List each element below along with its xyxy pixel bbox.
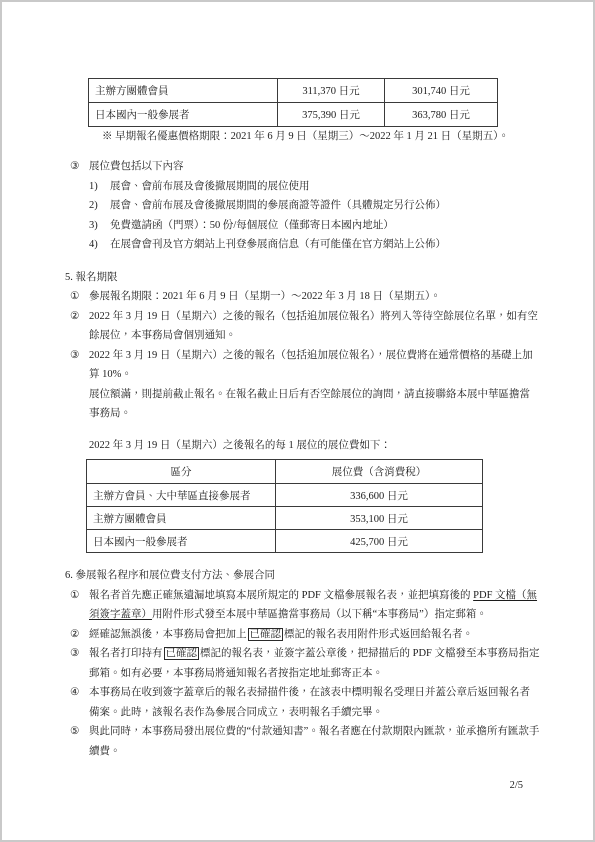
late-fee-table-intro: 2022 年 3 月 19 日（星期六）之後報名的每 1 展位的展位費如下： xyxy=(89,436,540,456)
booth-full-note: 展位額滿，則提前截止報名。在報名截止日后有否空餘展位的詢問，請直接聯絡本展中華區… xyxy=(89,385,540,424)
fee-category-cell: 主辦方團體會員 xyxy=(89,79,278,103)
section-item: ① 參展報名期限：2021 年 6 月 9 日（星期一）～2022 年 3 月 … xyxy=(70,287,540,307)
table-row: 主辦方會員、大中華區直接參展者 336,600 日元 xyxy=(87,484,483,507)
item-marker: ② xyxy=(70,307,89,346)
table-row: 日本國內一般參展者 425,700 日元 xyxy=(87,530,483,553)
table-row: 主辦方團體會員 353,100 日元 xyxy=(87,507,483,530)
item-marker: ③ xyxy=(70,157,89,177)
fee-price-cell: 336,600 日元 xyxy=(276,484,483,507)
confirmed-stamp-label: 已確認 xyxy=(248,628,284,641)
page-number: 2/5 xyxy=(510,780,523,791)
list-item: 3) 免費邀請函（門票）：50 份/每個展位（僅郵寄日本國內地址） xyxy=(89,216,540,236)
confirmed-stamp-label: 已確認 xyxy=(164,647,200,660)
registration-procedure-section: 6. 參展報名程序和展位費支付方法、參展合同 ① 報名者首先應正確無遺漏地填寫本… xyxy=(65,566,540,761)
item-text: 2022 年 3 月 19 日（星期六）之後的報名（包括追加展位報名）將列入等待… xyxy=(89,307,540,346)
early-price-deadline-note: ※ 早期報名優惠價格期限：2021 年 6 月 9 日（星期三）～2022 年 … xyxy=(102,130,540,144)
fee-price-cell: 353,100 日元 xyxy=(276,507,483,530)
item-text: 本事務局在收到簽字蓋章后的報名表掃描件後，在該表中標明報名受理日并蓋公章后返回報… xyxy=(89,683,540,722)
item-text-post: 用附件形式發至本展中華區擔當事務局（以下稱“本事務局”）指定郵箱。 xyxy=(152,609,487,620)
item-marker: ③ xyxy=(70,644,89,683)
item-text: 2022 年 3 月 19 日（星期六）之後的報名（包括追加展位報名），展位費將… xyxy=(89,346,540,385)
late-fee-table: 區分 展位費（含消費稅） 主辦方會員、大中華區直接參展者 336,600 日元 … xyxy=(86,459,483,553)
item-text: 展會、會前布展及會後撤展期間的展位使用 xyxy=(110,177,540,197)
item-text-pre: 報名者打印持有 xyxy=(89,648,163,659)
item-text: 在展會會刊及官方網站上刊登參展商信息（有可能僅在官方網站上公佈） xyxy=(110,235,540,255)
item-text: 報名者打印持有已確認標記的報名表，並簽字蓋公章後，把掃描后的 PDF 文檔發至本… xyxy=(89,644,540,683)
fee-category-cell: 日本國內一般參展者 xyxy=(87,530,276,553)
item-text-post: 標記的報名表用附件形式返回給報名者。 xyxy=(284,629,473,640)
registration-period-section: 5. 報名期限 ① 參展報名期限：2021 年 6 月 9 日（星期一）～202… xyxy=(65,268,540,424)
section-item: ① 報名者首先應正確無遺漏地填寫本展所規定的 PDF 文檔參展報名表，並把填寫後… xyxy=(70,586,540,625)
item-text: 免費邀請函（門票）：50 份/每個展位（僅郵寄日本國內地址） xyxy=(110,216,540,236)
item-text: 經確認無誤後，本事務局會把加上已確認標記的報名表用附件形式返回給報名者。 xyxy=(89,625,540,645)
item-marker: ② xyxy=(70,625,89,645)
item-text: 報名者首先應正確無遺漏地填寫本展所規定的 PDF 文檔參展報名表，並把填寫後的 … xyxy=(89,586,540,625)
item-marker: 2) xyxy=(89,196,110,216)
item-marker: ③ xyxy=(70,346,89,385)
column-header: 展位費（含消費稅） xyxy=(276,460,483,484)
item-text-pre: 報名者首先應正確無遺漏地填寫本展所規定的 PDF 文檔參展報名表，並把填寫後的 xyxy=(89,590,473,601)
section-item: ③ 報名者打印持有已確認標記的報名表，並簽字蓋公章後，把掃描后的 PDF 文檔發… xyxy=(70,644,540,683)
page-content: 主辦方團體會員 311,370 日元 301,740 日元 日本國內一般參展者 … xyxy=(2,2,593,761)
item-text-pre: 經確認無誤後，本事務局會把加上 xyxy=(89,629,247,640)
item-text: 與此同時，本事務局發出展位費的“付款通知書”。報名者應在付款期限內匯款，並承擔所… xyxy=(89,722,540,761)
early-fee-table: 主辦方團體會員 311,370 日元 301,740 日元 日本國內一般參展者 … xyxy=(88,78,498,127)
item-marker: ④ xyxy=(70,683,89,722)
section-item: ③ 展位費包括以下內容 xyxy=(70,157,540,177)
section-heading: 6. 參展報名程序和展位費支付方法、參展合同 xyxy=(65,566,540,586)
section-heading: 5. 報名期限 xyxy=(65,268,540,288)
table-row: 日本國內一般參展者 375,390 日元 363,780 日元 xyxy=(89,103,498,127)
fee-price-cell: 425,700 日元 xyxy=(276,530,483,553)
fee-category-cell: 主辦方會員、大中華區直接參展者 xyxy=(87,484,276,507)
booth-fee-includes-section: ③ 展位費包括以下內容 1) 展會、會前布展及會後撤展期間的展位使用 2) 展會… xyxy=(65,157,540,255)
fee-category-cell: 日本國內一般參展者 xyxy=(89,103,278,127)
table-header-row: 區分 展位費（含消費稅） xyxy=(87,460,483,484)
section-item: ③ 2022 年 3 月 19 日（星期六）之後的報名（包括追加展位報名），展位… xyxy=(70,346,540,385)
document-page: 主辦方團體會員 311,370 日元 301,740 日元 日本國內一般參展者 … xyxy=(0,0,595,842)
list-item: 4) 在展會會刊及官方網站上刊登參展商信息（有可能僅在官方網站上公佈） xyxy=(89,235,540,255)
item-marker: ⑤ xyxy=(70,722,89,761)
item-text: 參展報名期限：2021 年 6 月 9 日（星期一）～2022 年 3 月 18… xyxy=(89,287,540,307)
item-marker: ① xyxy=(70,287,89,307)
item-text: 展會、會前布展及會後撤展期間的參展商證等證件（具體規定另行公佈） xyxy=(110,196,540,216)
fee-price-cell: 375,390 日元 xyxy=(278,103,385,127)
list-item: 1) 展會、會前布展及會後撤展期間的展位使用 xyxy=(89,177,540,197)
column-header: 區分 xyxy=(87,460,276,484)
list-item: 2) 展會、會前布展及會後撤展期間的參展商證等證件（具體規定另行公佈） xyxy=(89,196,540,216)
table-row: 主辦方團體會員 311,370 日元 301,740 日元 xyxy=(89,79,498,103)
item-marker: 1) xyxy=(89,177,110,197)
item-marker: 3) xyxy=(89,216,110,236)
section-item: ⑤ 與此同時，本事務局發出展位費的“付款通知書”。報名者應在付款期限內匯款，並承… xyxy=(70,722,540,761)
fee-price-cell: 311,370 日元 xyxy=(278,79,385,103)
fee-category-cell: 主辦方團體會員 xyxy=(87,507,276,530)
section-item: ② 2022 年 3 月 19 日（星期六）之後的報名（包括追加展位報名）將列入… xyxy=(70,307,540,346)
section-item: ④ 本事務局在收到簽字蓋章后的報名表掃描件後，在該表中標明報名受理日并蓋公章后返… xyxy=(70,683,540,722)
item-text: 展位費包括以下內容 xyxy=(89,157,540,177)
section-item: ② 經確認無誤後，本事務局會把加上已確認標記的報名表用附件形式返回給報名者。 xyxy=(70,625,540,645)
fee-price-cell: 301,740 日元 xyxy=(385,79,498,103)
fee-price-cell: 363,780 日元 xyxy=(385,103,498,127)
item-marker: ① xyxy=(70,586,89,625)
item-marker: 4) xyxy=(89,235,110,255)
